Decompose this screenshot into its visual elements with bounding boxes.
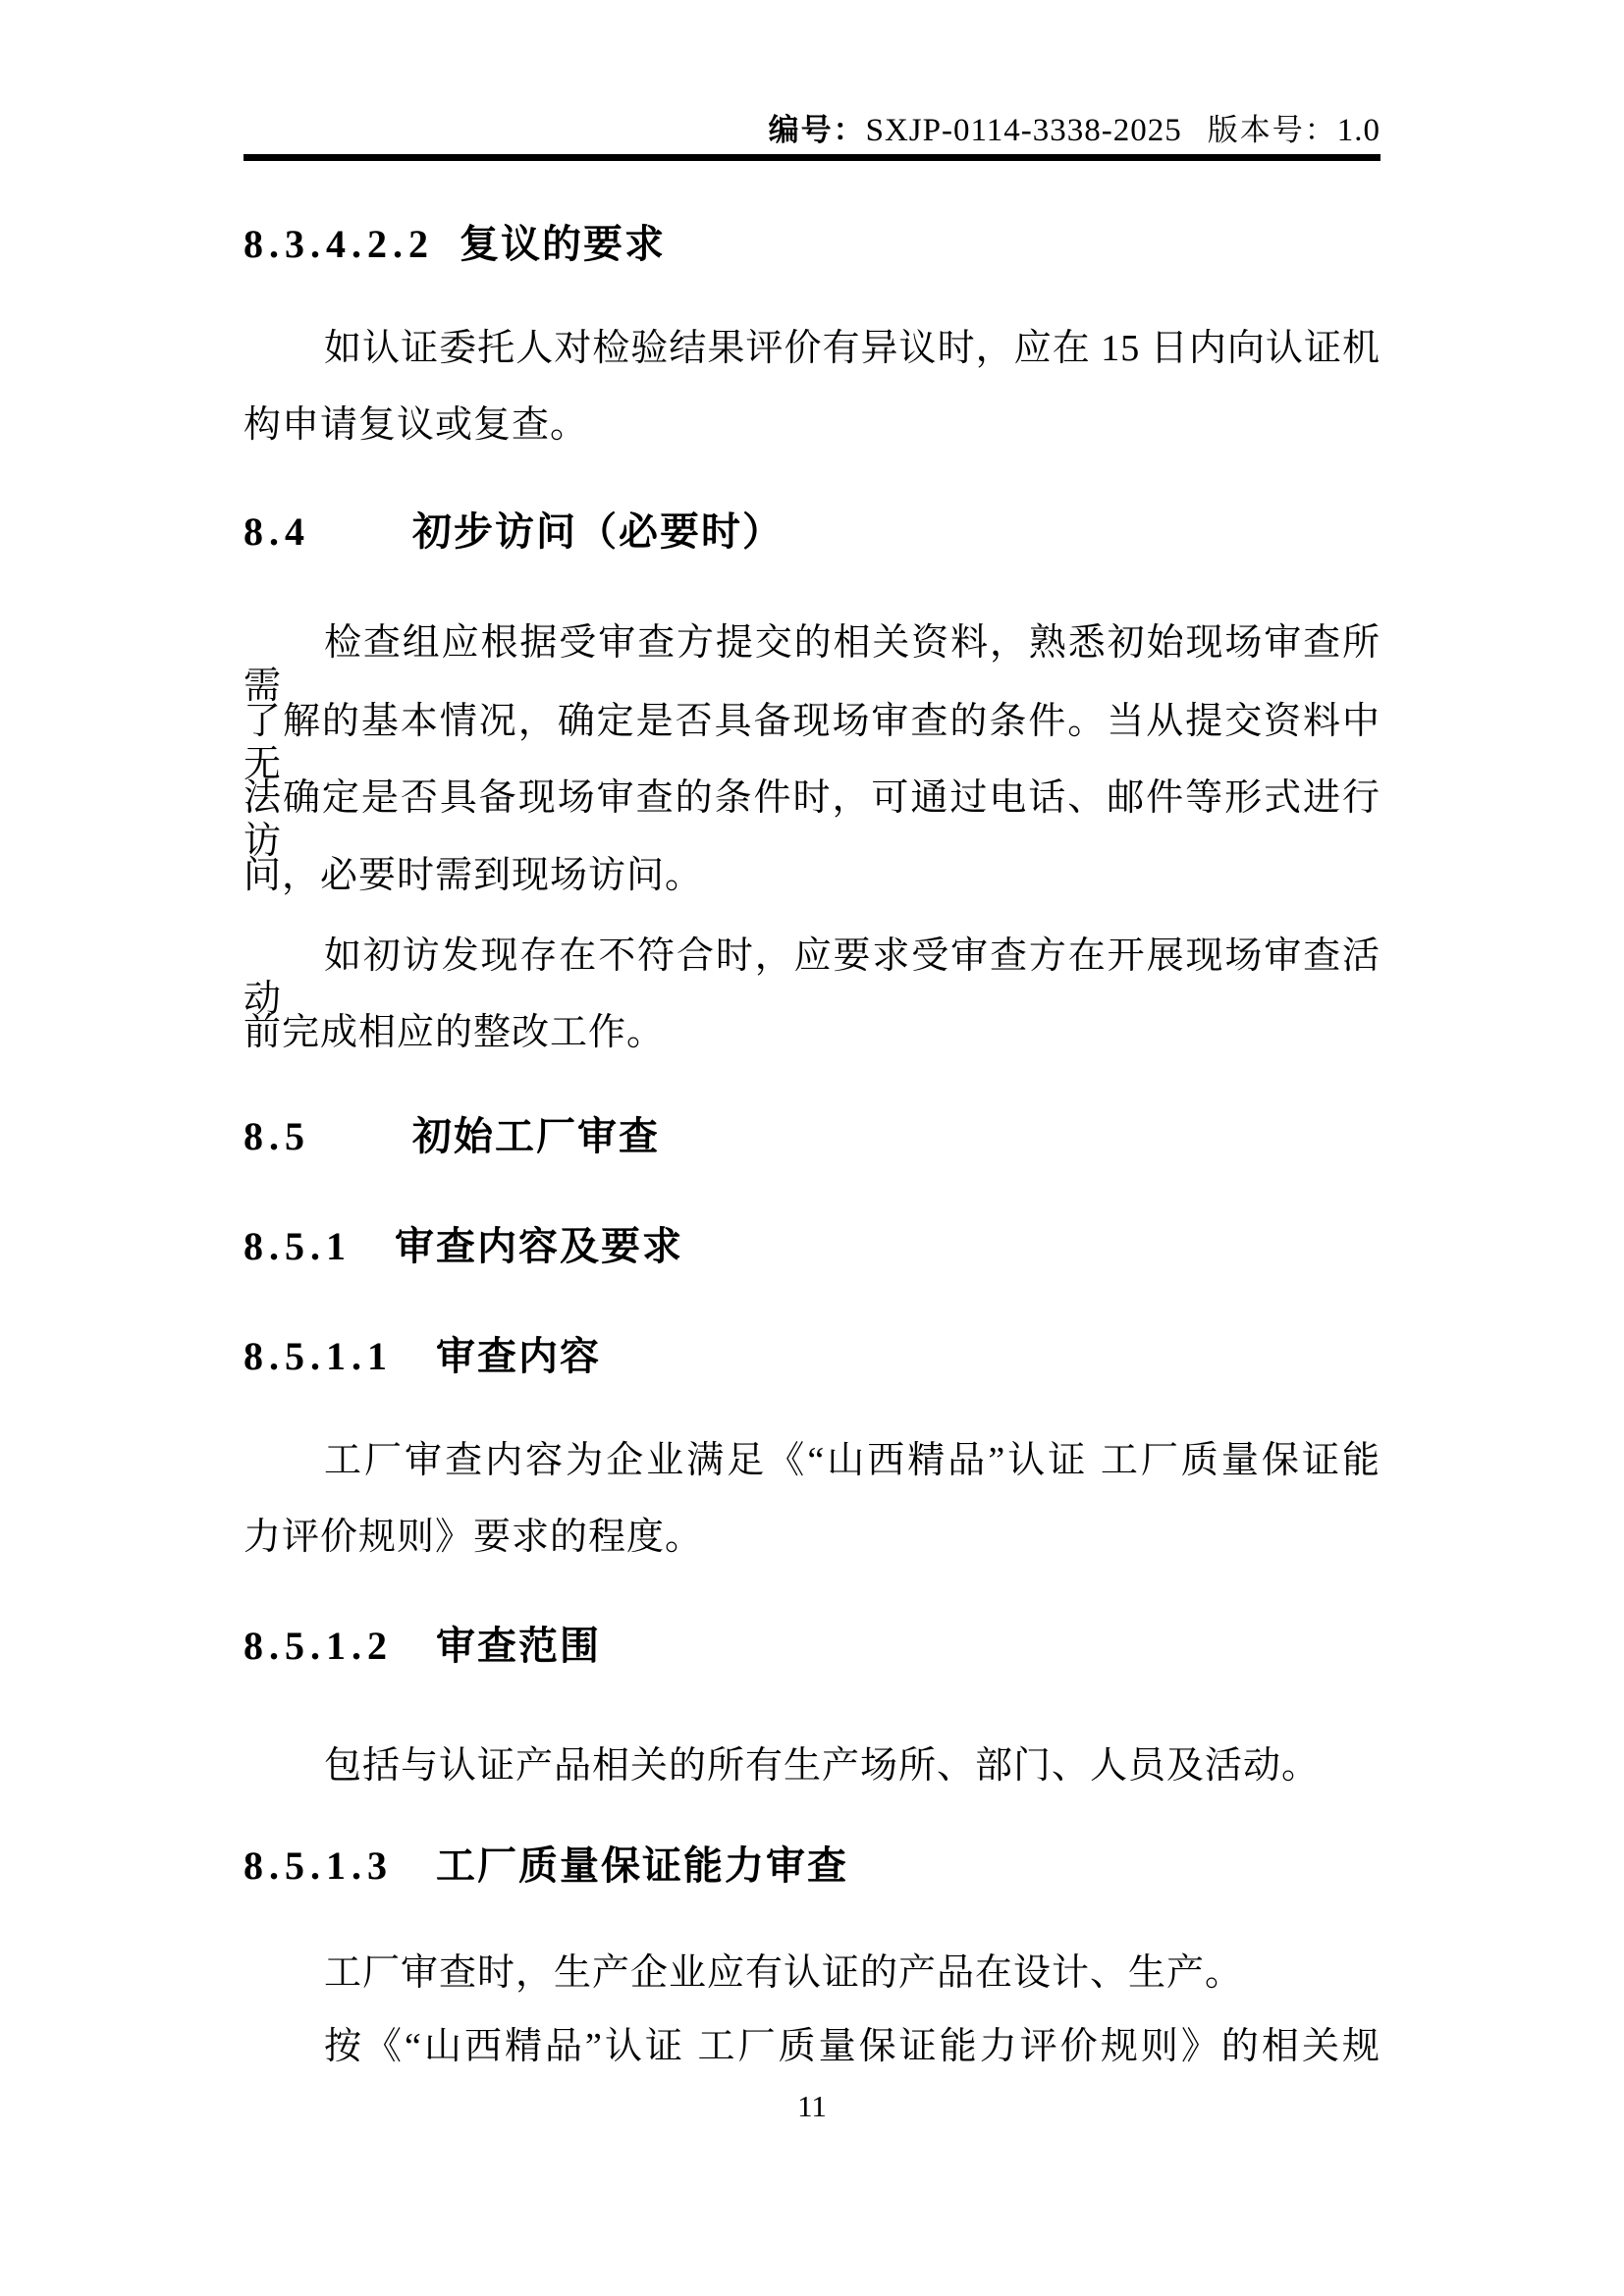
heading-number: 8.5 xyxy=(244,1114,310,1158)
paragraph-line: 包括与认证产品相关的所有生产场所、部门、人员及活动。 xyxy=(244,1744,1380,1788)
paragraph-line: 检查组应根据受审查方提交的相关资料，熟悉初始现场审查所需 xyxy=(244,621,1380,708)
heading-8-5-1-1: 8.5.1.1审查内容 xyxy=(244,1335,1380,1378)
heading-title: 初步访问（必要时） xyxy=(412,510,784,554)
heading-number: 8.3.4.2.2 xyxy=(244,222,434,266)
heading-8-3-4-2-2: 8.3.4.2.2复议的要求 xyxy=(244,223,1380,266)
heading-8-5: 8.5初始工厂审查 xyxy=(244,1115,1380,1158)
paragraph-line: 问，必要时需到现场访问。 xyxy=(244,854,1380,897)
page-number: 11 xyxy=(0,2089,1624,2124)
heading-title: 初始工厂审查 xyxy=(412,1115,660,1158)
heading-number: 8.5.1.3 xyxy=(244,1843,393,1888)
heading-8-4: 8.4初步访问（必要时） xyxy=(244,510,1380,554)
paragraph-line: 了解的基本情况，确定是否具备现场审查的条件。当从提交资料中无 xyxy=(244,700,1380,786)
paragraph-line: 前完成相应的整改工作。 xyxy=(244,1011,1380,1054)
heading-number: 8.4 xyxy=(244,509,310,554)
paragraph-line: 工厂审查时，生产企业应有认证的产品在设计、生产。 xyxy=(244,1951,1380,1995)
heading-title: 审查内容及要求 xyxy=(395,1225,683,1268)
page-header: 编号：SXJP-0114-3338-2025版本号：1.0 xyxy=(769,112,1380,151)
heading-title: 审查内容 xyxy=(436,1335,601,1378)
version-value: 1.0 xyxy=(1337,112,1380,151)
heading-title: 审查范围 xyxy=(436,1625,601,1668)
paragraph-line: 如初访发现存在不符合时，应要求受审查方在开展现场审查活动 xyxy=(244,934,1380,1021)
heading-number: 8.5.1.2 xyxy=(244,1624,393,1668)
doc-number-value: SXJP-0114-3338-2025 xyxy=(866,112,1182,151)
heading-number: 8.5.1.1 xyxy=(244,1334,393,1378)
doc-number-label: 编号： xyxy=(769,112,866,148)
paragraph-line: 构申请复议或复查。 xyxy=(244,403,1380,447)
heading-8-5-1: 8.5.1审查内容及要求 xyxy=(244,1225,1380,1268)
paragraph-line: 如认证委托人对检验结果评价有异议时，应在 15 日内向认证机 xyxy=(244,327,1380,370)
heading-title: 工厂质量保证能力审查 xyxy=(436,1844,848,1888)
header-rule xyxy=(244,154,1380,161)
paragraph-line: 力评价规则》要求的程度。 xyxy=(244,1516,1380,1559)
paragraph-line: 工厂审查内容为企业满足《“山西精品”认证 工厂质量保证能 xyxy=(244,1439,1380,1482)
document-page: 编号：SXJP-0114-3338-2025版本号：1.0 8.3.4.2.2复… xyxy=(0,0,1624,2296)
paragraph-line: 按《“山西精品”认证 工厂质量保证能力评价规则》的相关规 xyxy=(244,2025,1380,2068)
paragraph-line: 法确定是否具备现场审查的条件时，可通过电话、邮件等形式进行访 xyxy=(244,776,1380,863)
heading-number: 8.5.1 xyxy=(244,1224,352,1268)
heading-title: 复议的要求 xyxy=(460,223,666,266)
heading-8-5-1-3: 8.5.1.3工厂质量保证能力审查 xyxy=(244,1844,1380,1888)
version-label: 版本号： xyxy=(1208,112,1337,148)
heading-8-5-1-2: 8.5.1.2审查范围 xyxy=(244,1625,1380,1668)
